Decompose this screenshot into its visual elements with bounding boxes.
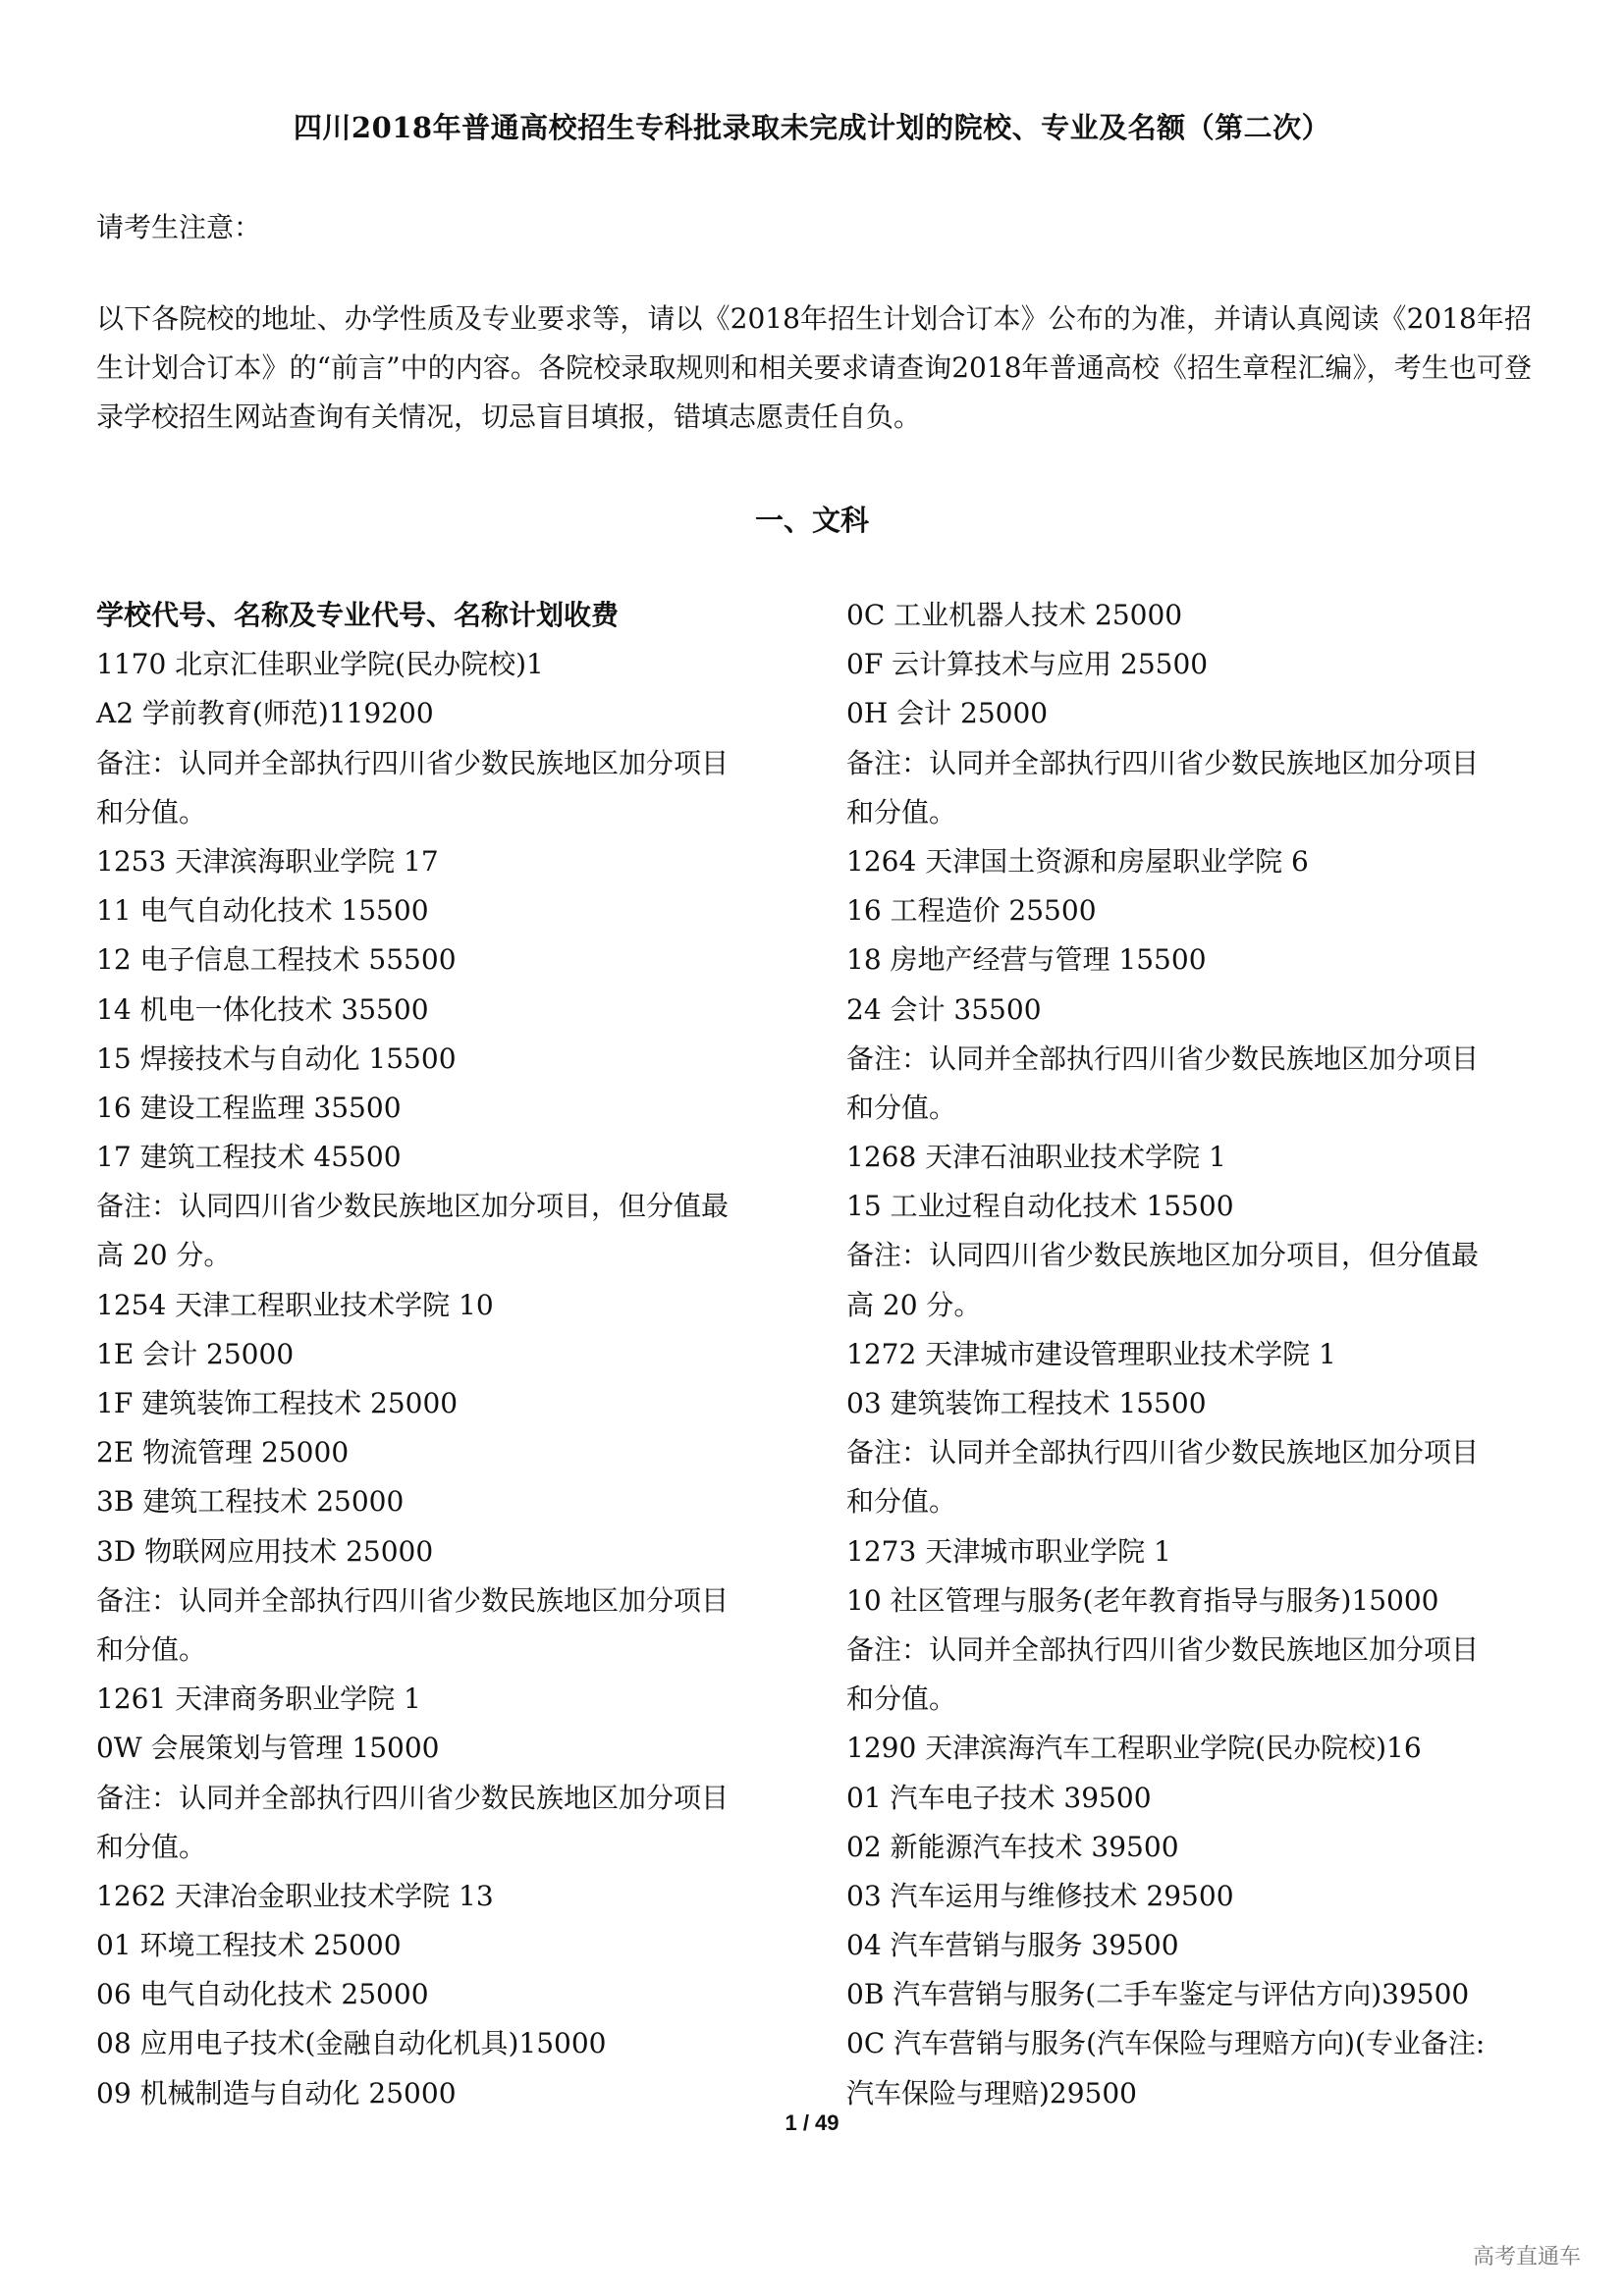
major-entry: 0C 汽车营销与服务(汽车保险与理赔方向)(专业备注: xyxy=(846,2019,1553,2068)
major-entry: 0H 会计 25000 xyxy=(846,689,1553,738)
notice-label: 请考生注意： xyxy=(96,206,261,245)
major-entry: 18 房地产经营与管理 15500 xyxy=(846,935,1553,985)
document-title: 四川2018年普通高校招生专科批录取未完成计划的院校、专业及名额（第二次） xyxy=(0,106,1624,146)
major-entry: 3B 建筑工程技术 25000 xyxy=(96,1477,803,1526)
major-entry: 03 汽车运用与维修技术 29500 xyxy=(846,1872,1553,1921)
note-line: 备注：认同并全部执行四川省少数民族地区加分项目 xyxy=(846,1035,1553,1084)
right-column: 0C 工业机器人技术 250000F 云计算技术与应用 255000H 会计 2… xyxy=(846,591,1553,2118)
note-line: 备注：认同并全部执行四川省少数民族地区加分项目 xyxy=(846,739,1553,788)
major-entry: 06 电气自动化技术 25000 xyxy=(96,1970,803,2019)
note-line: 高 20 分。 xyxy=(96,1231,803,1280)
note-line: 备注：认同并全部执行四川省少数民族地区加分项目 xyxy=(846,1428,1553,1477)
note-line: 备注：认同并全部执行四川省少数民族地区加分项目 xyxy=(96,1576,803,1626)
intro-paragraph: 以下各院校的地址、办学性质及专业要求等，请以《2018年招生计划合订本》公布的为… xyxy=(96,294,1532,442)
major-entry: 01 汽车电子技术 39500 xyxy=(846,1774,1553,1823)
major-entry: 08 应用电子技术(金融自动化机具)15000 xyxy=(96,2019,803,2068)
major-entry: A2 学前教育(师范)119200 xyxy=(96,689,803,738)
major-entry: 15 工业过程自动化技术 15500 xyxy=(846,1182,1553,1231)
school-entry: 1273 天津城市职业学院 1 xyxy=(846,1527,1553,1576)
major-entry: 03 建筑装饰工程技术 15500 xyxy=(846,1379,1553,1428)
major-entry: 04 汽车营销与服务 39500 xyxy=(846,1921,1553,1970)
note-line: 高 20 分。 xyxy=(846,1281,1553,1330)
major-entry: 02 新能源汽车技术 39500 xyxy=(846,1823,1553,1872)
major-entry: 12 电子信息工程技术 55500 xyxy=(96,935,803,985)
school-entry: 1272 天津城市建设管理职业技术学院 1 xyxy=(846,1330,1553,1379)
major-entry: 0B 汽车营销与服务(二手车鉴定与评估方向)39500 xyxy=(846,1970,1553,2019)
major-entry: 01 环境工程技术 25000 xyxy=(96,1921,803,1970)
school-entry: 1170 北京汇佳职业学院(民办院校)1 xyxy=(96,640,803,689)
major-entry: 11 电气自动化技术 15500 xyxy=(96,886,803,935)
note-line: 备注：认同四川省少数民族地区加分项目，但分值最 xyxy=(846,1231,1553,1280)
note-line: 和分值。 xyxy=(96,1823,803,1872)
note-line: 和分值。 xyxy=(96,1626,803,1675)
note-line: 和分值。 xyxy=(96,788,803,837)
note-line: 和分值。 xyxy=(846,1477,1553,1526)
note-line: 备注：认同并全部执行四川省少数民族地区加分项目 xyxy=(96,1774,803,1823)
watermark: 高考直通车 xyxy=(1473,2240,1581,2270)
school-entry: 1264 天津国土资源和房屋职业学院 6 xyxy=(846,837,1553,886)
major-entry: 24 会计 35500 xyxy=(846,986,1553,1035)
major-entry: 16 建设工程监理 35500 xyxy=(96,1084,803,1133)
major-entry: 1E 会计 25000 xyxy=(96,1330,803,1379)
major-entry: 0W 会展策划与管理 15000 xyxy=(96,1724,803,1773)
school-entry: 1253 天津滨海职业学院 17 xyxy=(96,837,803,886)
note-line: 和分值。 xyxy=(846,1084,1553,1133)
note-line: 备注：认同四川省少数民族地区加分项目，但分值最 xyxy=(96,1182,803,1231)
major-entry: 10 社区管理与服务(老年教育指导与服务)15000 xyxy=(846,1576,1553,1626)
school-entry: 1262 天津冶金职业技术学院 13 xyxy=(96,1872,803,1921)
school-entry: 1261 天津商务职业学院 1 xyxy=(96,1675,803,1724)
school-entry: 1254 天津工程职业技术学院 10 xyxy=(96,1281,803,1330)
major-entry: 15 焊接技术与自动化 15500 xyxy=(96,1035,803,1084)
major-entry: 3D 物联网应用技术 25000 xyxy=(96,1527,803,1576)
note-line: 和分值。 xyxy=(846,1675,1553,1724)
section-heading: 一、文科 xyxy=(0,499,1624,539)
school-entry: 1290 天津滨海汽车工程职业学院(民办院校)16 xyxy=(846,1724,1553,1773)
school-entry: 1268 天津石油职业技术学院 1 xyxy=(846,1133,1553,1182)
major-entry: 1F 建筑装饰工程技术 25000 xyxy=(96,1379,803,1428)
major-entry: 17 建筑工程技术 45500 xyxy=(96,1133,803,1182)
major-entry: 16 工程造价 25500 xyxy=(846,886,1553,935)
major-entry: 14 机电一体化技术 35500 xyxy=(96,986,803,1035)
note-line: 备注：认同并全部执行四川省少数民族地区加分项目 xyxy=(96,739,803,788)
major-entry: 0F 云计算技术与应用 25500 xyxy=(846,640,1553,689)
note-line: 和分值。 xyxy=(846,788,1553,837)
left-column: 学校代号、名称及专业代号、名称计划收费1170 北京汇佳职业学院(民办院校)1A… xyxy=(96,591,803,2118)
note-line: 备注：认同并全部执行四川省少数民族地区加分项目 xyxy=(846,1626,1553,1675)
major-entry: 0C 工业机器人技术 25000 xyxy=(846,591,1553,640)
page-number: 1 / 49 xyxy=(0,2110,1624,2136)
major-entry: 2E 物流管理 25000 xyxy=(96,1428,803,1477)
column-header: 学校代号、名称及专业代号、名称计划收费 xyxy=(96,591,803,640)
